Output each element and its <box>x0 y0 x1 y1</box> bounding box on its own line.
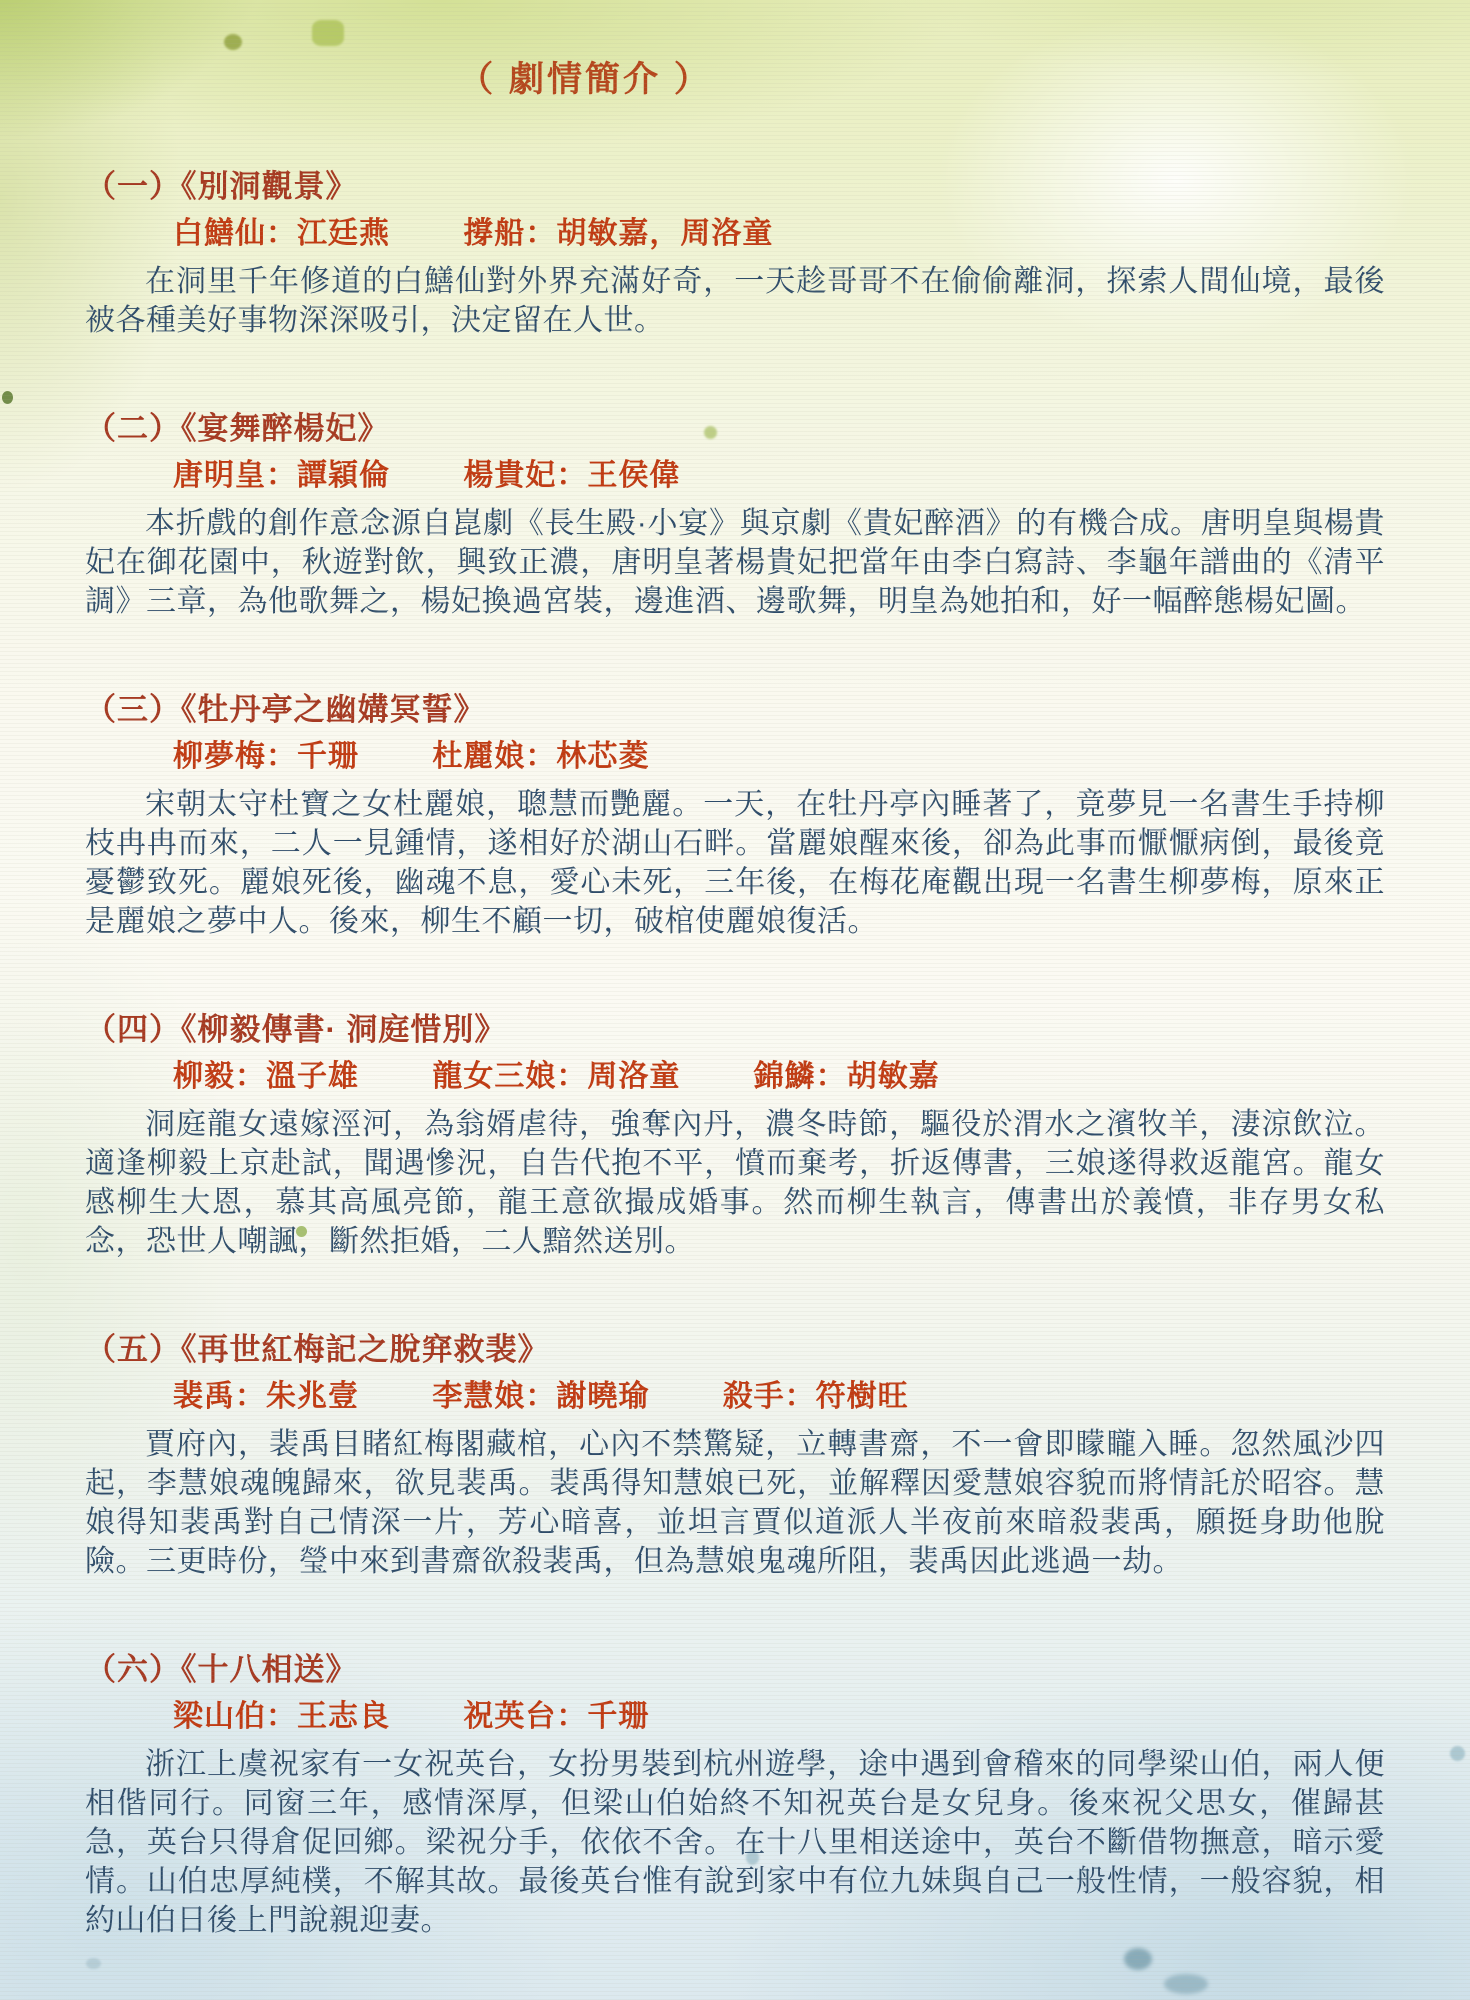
synopsis-paragraph: 賈府內，裴禹目睹紅梅閣藏棺，心內不禁驚疑，立轉書齋，不一會即矇矓入睡。忽然風沙四… <box>85 1425 1385 1581</box>
cast-entry: 白鱔仙：江廷燕 <box>173 217 390 250</box>
cast-entry: 楊貴妃：王侯偉 <box>463 459 680 492</box>
synopsis-paragraph: 宋朝太守杜寶之女杜麗娘，聰慧而艷麗。一天，在牡丹亭內睡著了，竟夢見一名書生手持柳… <box>85 785 1385 941</box>
play-section-1: （一）《別洞觀景》 白鱔仙：江廷燕 撐船：胡敏嘉，周洛童 在洞里千年修道的白鱔仙… <box>85 166 1385 340</box>
play-heading: （一）《別洞觀景》 <box>85 166 1385 208</box>
cast-entry: 錦鱗：胡敏嘉 <box>754 1060 940 1093</box>
cast-entry: 唐明皇：譚穎倫 <box>173 459 390 492</box>
synopsis-paragraph: 浙江上虞祝家有一女祝英台，女扮男裝到杭州遊學，途中遇到會稽來的同學梁山伯，兩人便… <box>85 1745 1385 1940</box>
cast-entry: 龍女三娘：周洛童 <box>432 1060 680 1093</box>
cast-entry: 柳毅：溫子雄 <box>173 1060 359 1093</box>
cast-line: 唐明皇：譚穎倫 楊貴妃：王侯偉 <box>85 456 1385 496</box>
cast-entry: 梁山伯：王志良 <box>173 1700 390 1733</box>
cast-entry: 柳夢梅：千珊 <box>173 740 359 773</box>
page-content: （ 劇情簡介 ） （一）《別洞觀景》 白鱔仙：江廷燕 撐船：胡敏嘉，周洛童 在洞… <box>0 0 1470 2000</box>
play-section-6: （六）《十八相送》 梁山伯：王志良 祝英台：千珊 浙江上虞祝家有一女祝英台，女扮… <box>85 1649 1385 1940</box>
cast-entry: 祝英台：千珊 <box>463 1700 649 1733</box>
cast-entry: 杜麗娘：林芯菱 <box>432 740 649 773</box>
play-section-3: （三）《牡丹亭之幽媾冥誓》 柳夢梅：千珊 杜麗娘：林芯菱 宋朝太守杜寶之女杜麗娘… <box>85 689 1385 941</box>
cast-line: 柳毅：溫子雄 龍女三娘：周洛童 錦鱗：胡敏嘉 <box>85 1057 1385 1097</box>
play-section-5: （五）《再世紅梅記之脫穽救裴》 裴禹：朱兆壹 李慧娘：謝曉瑜 殺手：符樹旺 賈府… <box>85 1329 1385 1581</box>
play-heading: （二）《宴舞醉楊妃》 <box>85 408 1385 450</box>
play-heading: （三）《牡丹亭之幽媾冥誓》 <box>85 689 1385 731</box>
play-heading: （五）《再世紅梅記之脫穽救裴》 <box>85 1329 1385 1371</box>
play-heading: （六）《十八相送》 <box>85 1649 1385 1691</box>
synopsis-paragraph: 洞庭龍女遠嫁涇河，為翁婿虐待，強奪內丹，濃冬時節，驅役於渭水之濱牧羊，淒涼飲泣。… <box>85 1105 1385 1261</box>
cast-entry: 裴禹：朱兆壹 <box>173 1380 359 1413</box>
cast-line: 裴禹：朱兆壹 李慧娘：謝曉瑜 殺手：符樹旺 <box>85 1377 1385 1417</box>
cast-entry: 殺手：符樹旺 <box>723 1380 909 1413</box>
cast-line: 柳夢梅：千珊 杜麗娘：林芯菱 <box>85 737 1385 777</box>
scanned-program-page: （ 劇情簡介 ） （一）《別洞觀景》 白鱔仙：江廷燕 撐船：胡敏嘉，周洛童 在洞… <box>0 0 1470 2000</box>
cast-entry: 撐船：胡敏嘉，周洛童 <box>463 217 773 250</box>
synopsis-paragraph: 在洞里千年修道的白鱔仙對外界充滿好奇，一天趁哥哥不在偷偷離洞，探索人間仙境，最後… <box>85 262 1385 340</box>
synopsis-paragraph: 本折戲的創作意念源自崑劇《長生殿·小宴》與京劇《貴妃醉酒》的有機合成。唐明皇與楊… <box>85 504 1385 621</box>
cast-entry: 李慧娘：謝曉瑜 <box>432 1380 649 1413</box>
play-section-4: （四）《柳毅傳書· 洞庭惜別》 柳毅：溫子雄 龍女三娘：周洛童 錦鱗：胡敏嘉 洞… <box>85 1009 1385 1261</box>
cast-line: 梁山伯：王志良 祝英台：千珊 <box>85 1697 1385 1737</box>
play-heading: （四）《柳毅傳書· 洞庭惜別》 <box>85 1009 1385 1051</box>
cast-line: 白鱔仙：江廷燕 撐船：胡敏嘉，周洛童 <box>85 214 1385 254</box>
page-title: （ 劇情簡介 ） <box>0 56 1235 104</box>
play-section-2: （二）《宴舞醉楊妃》 唐明皇：譚穎倫 楊貴妃：王侯偉 本折戲的創作意念源自崑劇《… <box>85 408 1385 621</box>
